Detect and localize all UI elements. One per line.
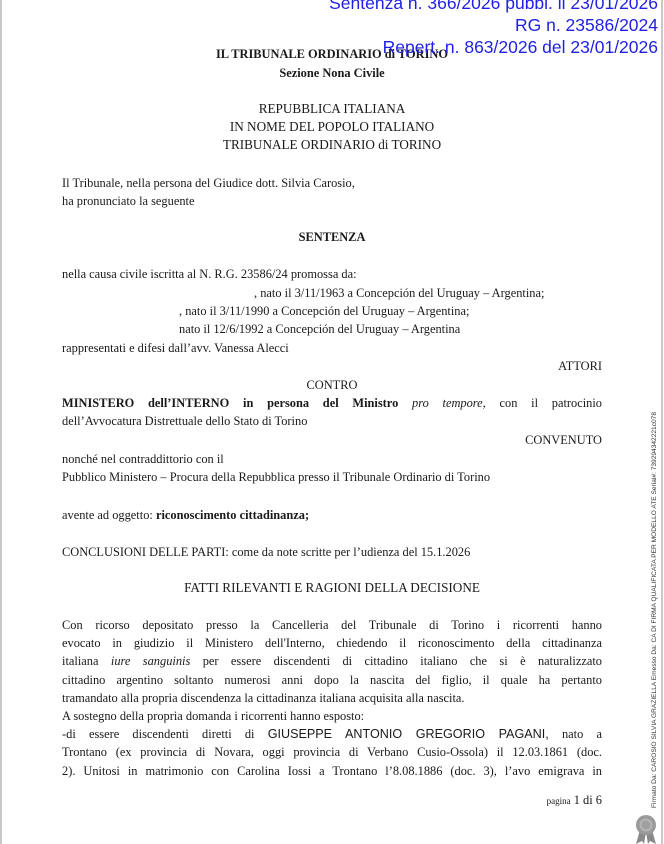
defendant-name: MINISTERO dell’INTERNO in persona del Mi… (62, 396, 398, 410)
page-word: pagina (547, 796, 571, 806)
judge-line: Il Tribunale, nella persona del Giudice … (62, 175, 355, 191)
facts-line: A sostegno della propria domanda i ricor… (62, 707, 602, 725)
iure-sanguinis: iure sanguinis (111, 654, 190, 668)
facts-line: Con ricorso depositato presso la Cancell… (62, 616, 602, 634)
pro-tempore: pro tempore, (412, 396, 486, 410)
text-run: -di essere discendenti diretti di (62, 727, 254, 741)
people-heading: IN NOME DEL POPOLO ITALIANO (0, 119, 664, 135)
defendant-rest: con il patrocinio (500, 396, 602, 410)
signature-seal-icon (630, 812, 662, 844)
pronounced-line: ha pronunciato la seguente (62, 193, 194, 209)
plaintiff-2: , nato il 3/11/1990 a Concepción del Uru… (179, 303, 469, 319)
facts-body: Con ricorso depositato presso la Cancell… (62, 616, 602, 780)
actors-label: ATTORI (558, 358, 602, 374)
text-run: italiana (62, 654, 98, 668)
stamp-repertorio: Repert. n. 863/2026 del 23/01/2026 (383, 37, 658, 57)
object-label: avente ad oggetto: (62, 508, 153, 522)
page-of: di (583, 793, 593, 807)
lawyer-line: rappresentati e difesi dall’avv. Vanessa… (62, 340, 289, 356)
facts-line: cittadino argentino soltanto numerosi an… (62, 671, 602, 689)
digital-signature-sidebar: Firmato Da: CAROSIO SILVIA GRAZIELLA Eme… (651, 412, 658, 808)
page-current: 1 (574, 793, 580, 807)
text-run: per essere discendenti di cittadino ital… (203, 654, 602, 668)
facts-line: Trontano (ex provincia di Novara, oggi p… (62, 743, 602, 761)
conclusions-line: CONCLUSIONI DELLE PARTI: come da note sc… (62, 544, 470, 560)
facts-line: 2). Unitosi in matrimonio con Carolina I… (62, 762, 602, 780)
page-total: 6 (596, 793, 602, 807)
facts-line: -di essere discendenti diretti di GIUSEP… (62, 725, 602, 743)
facts-line: tramandato alla propria discendenza la c… (62, 689, 602, 707)
stamp-sentence-number: Sentenza n. 366/2026 pubbl. il 23/01/202… (329, 0, 658, 13)
defendant-label: CONVENUTO (525, 432, 602, 448)
defendant-block: MINISTERO dell’INTERNO in persona del Mi… (62, 394, 602, 430)
defendant-line-1: MINISTERO dell’INTERNO in persona del Mi… (62, 394, 602, 412)
facts-title: FATTI RILEVANTI E RAGIONI DELLA DECISION… (0, 580, 664, 596)
also-line-2: Pubblico Ministero – Procura della Repub… (62, 469, 490, 485)
page-number: pagina 1 di 6 (547, 793, 602, 808)
text-run: nato a (562, 727, 602, 741)
tribunal-heading: TRIBUNALE ORDINARIO di TORINO (0, 137, 664, 153)
against-label: CONTRO (0, 377, 664, 393)
defendant-line-2: dell’Avvocatura Distrettuale dello Stato… (62, 412, 602, 430)
facts-line: evocato in giudizio il Ministero dell'In… (62, 634, 602, 652)
stamp-rg-number: RG n. 23586/2024 (515, 15, 658, 35)
facts-line: italiana iure sanguinis per essere disce… (62, 652, 602, 670)
ancestor-name: GIUSEPPE ANTONIO GREGORIO PAGANI, (268, 727, 549, 741)
case-line: nella causa civile iscritta al N. R.G. 2… (62, 266, 357, 282)
plaintiff-1: , nato il 3/11/1963 a Concepción del Uru… (254, 285, 544, 301)
republic-heading: REPUBBLICA ITALIANA (0, 101, 664, 117)
plaintiff-3: nato il 12/6/1992 a Concepción del Urugu… (179, 321, 460, 337)
object-line: avente ad oggetto: riconoscimento cittad… (62, 507, 309, 523)
section-heading: Sezione Nona Civile (0, 65, 664, 81)
object-value: riconoscimento cittadinanza; (156, 508, 309, 522)
also-line-1: nonché nel contraddittorio con il (62, 451, 224, 467)
sentence-title: SENTENZA (0, 229, 664, 245)
